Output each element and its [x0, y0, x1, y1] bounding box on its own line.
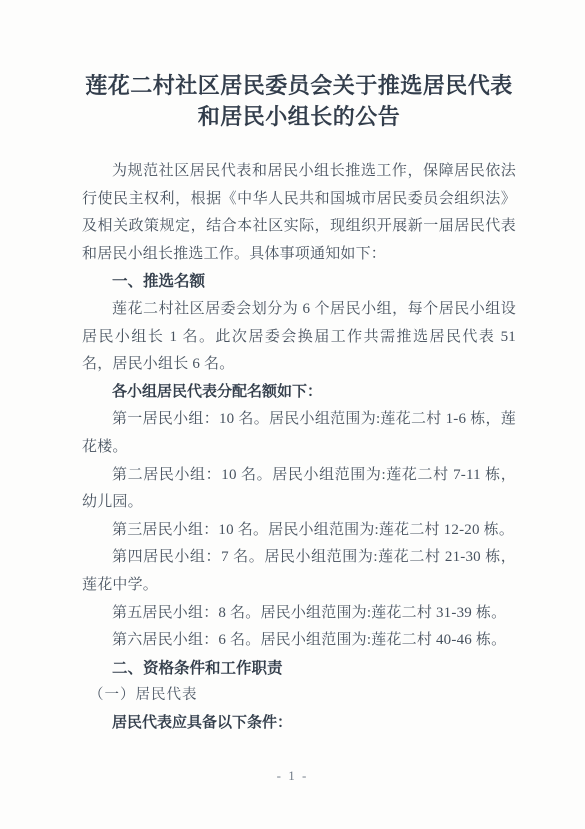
group-5-quota: 第五居民小组：8 名。居民小组范围为:莲花二村 31-39 栋。 — [82, 600, 516, 628]
section-1-heading: 一、推选名额 — [82, 268, 516, 296]
group-1-quota: 第一居民小组：10 名。居民小组范围为:莲花二村 1-6 栋，莲花楼。 — [82, 406, 516, 461]
section-1-overview: 莲花二村社区居委会划分为 6 个居民小组，每个居民小组设居民小组长 1 名。此次… — [82, 296, 516, 379]
section-2-heading: 二、资格条件和工作职责 — [82, 655, 516, 683]
title-line-1: 莲花二村社区居民委员会关于推选居民代表 — [85, 73, 513, 98]
group-4-quota: 第四居民小组：7 名。居民小组范围为:莲花二村 21-30 栋，莲花中学。 — [82, 544, 516, 599]
document-title: 莲花二村社区居民委员会关于推选居民代表 和居民小组长的公告 — [82, 70, 516, 132]
conditions-heading: 居民代表应具备以下条件： — [82, 710, 516, 738]
allocation-heading: 各小组居民代表分配名额如下： — [82, 379, 516, 407]
document-page: 莲花二村社区居民委员会关于推选居民代表 和居民小组长的公告 为规范社区居民代表和… — [0, 0, 585, 829]
group-2-quota: 第二居民小组：10 名。居民小组范围为:莲花二村 7-11 栋，幼儿园。 — [82, 462, 516, 517]
title-line-2: 和居民小组长的公告 — [198, 104, 401, 129]
group-3-quota: 第三居民小组：10 名。居民小组范围为:莲花二村 12-20 栋。 — [82, 517, 516, 545]
intro-paragraph: 为规范社区居民代表和居民小组长推选工作，保障居民依法行使民主权利，根据《中华人民… — [82, 158, 516, 268]
group-6-quota: 第六居民小组：6 名。居民小组范围为:莲花二村 40-46 栋。 — [82, 627, 516, 655]
subsection-1-heading: （一）居民代表 — [82, 682, 516, 710]
page-number: - 1 - — [0, 768, 585, 784]
